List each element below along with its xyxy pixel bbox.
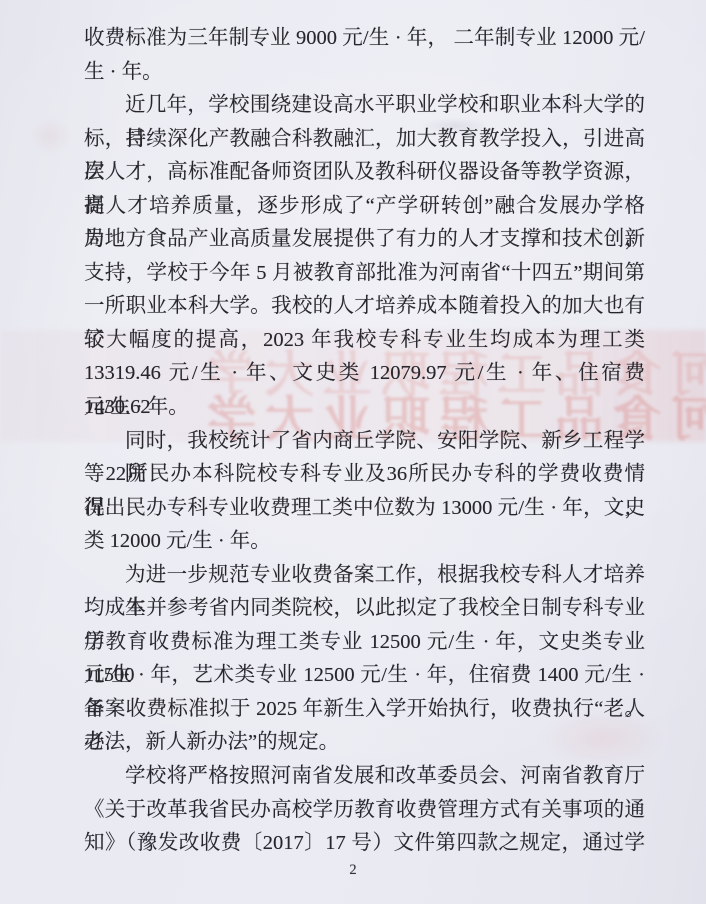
text-line: 一所职业本科大学。我校的人才培养成本随着投入的加大也有了 [84,290,645,324]
text-line: 高人才培养质量，逐步形成了“产学研转创”融合发展办学格局， [84,190,645,224]
text-line: 得出民办专科专业收费理工类中位数为 13000 元/生 · 年，文史 [84,492,645,526]
text-line: 同时，我校统计了省内商丘学院、安阳学院、新乡工程学院 [84,425,645,459]
text-line: 等22所民办本科院校专科专业及36所民办专科的学费收费情况， [84,458,645,492]
text-line: 生 · 年。 [84,56,645,90]
text-line: 收费标准为三年制专业 9000 元/生 · 年， 二年制专业 12000 元/ [84,22,645,56]
text-line: 支持，学校于今年 5 月被教育部批准为河南省“十四五”期间第 [84,257,645,291]
text-line: 类 12000 元/生 · 年。 [84,525,645,559]
text-line: 为地方食品产业高质量发展提供了有力的人才支撑和技术创新 [84,223,645,257]
text-line: 次人才，高标准配备师资团队及教科研仪器设备等教学资源，提 [84,156,645,190]
text-line: 为进一步规范专业收费备案工作，根据我校专科人才培养生 [84,559,645,593]
document-text: 收费标准为三年制专业 9000 元/生 · 年， 二年制专业 12000 元/生… [84,22,645,861]
text-line: 元/生 · 年。 [84,391,645,425]
text-line: 较大幅度的提高，2023 年我校专科专业生均成本为理工类 [84,324,645,358]
text-line: 近几年，学校围绕建设高水平职业学校和职业本科大学的目 [84,89,645,123]
text-line: 备案收费标准拟于 2025 年新生入学开始执行，收费执行“老人老 [84,693,645,727]
text-line: 13319.46 元/生 · 年、文史类 12079.97 元/生 · 年、住宿… [84,357,645,391]
text-line: 《关于改革我省民办高校学历教育收费管理方式有关事项的通 [84,794,645,828]
paper-smudge [30,118,70,154]
text-line: 历教育收费标准为理工类专业 12500 元/生 · 年，文史类专业 11500 [84,626,645,660]
text-line: 标，持续深化产教融合科教融汇，加大教育教学投入，引进高层 [84,123,645,157]
text-line: 学校将严格按照河南省发展和改革委员会、河南省教育厅 [84,760,645,794]
text-line: 知》（豫发改收费〔2017〕17 号）文件第四款之规定，通过学 [84,827,645,861]
text-line: 均成本并参考省内同类院校，以此拟定了我校全日制专科专业学 [84,592,645,626]
page-number: 2 [0,862,706,879]
scanned-document-page: 漯河食品工程职业大学 漯河食品工程职业大学 收费标准为三年制专业 9000 元/… [0,0,706,904]
text-line: 办法，新人新办法”的规定。 [84,726,645,760]
text-line: 元/生 · 年，艺术类专业 12500 元/生 · 年，住宿费 1400 元/生… [84,659,645,693]
